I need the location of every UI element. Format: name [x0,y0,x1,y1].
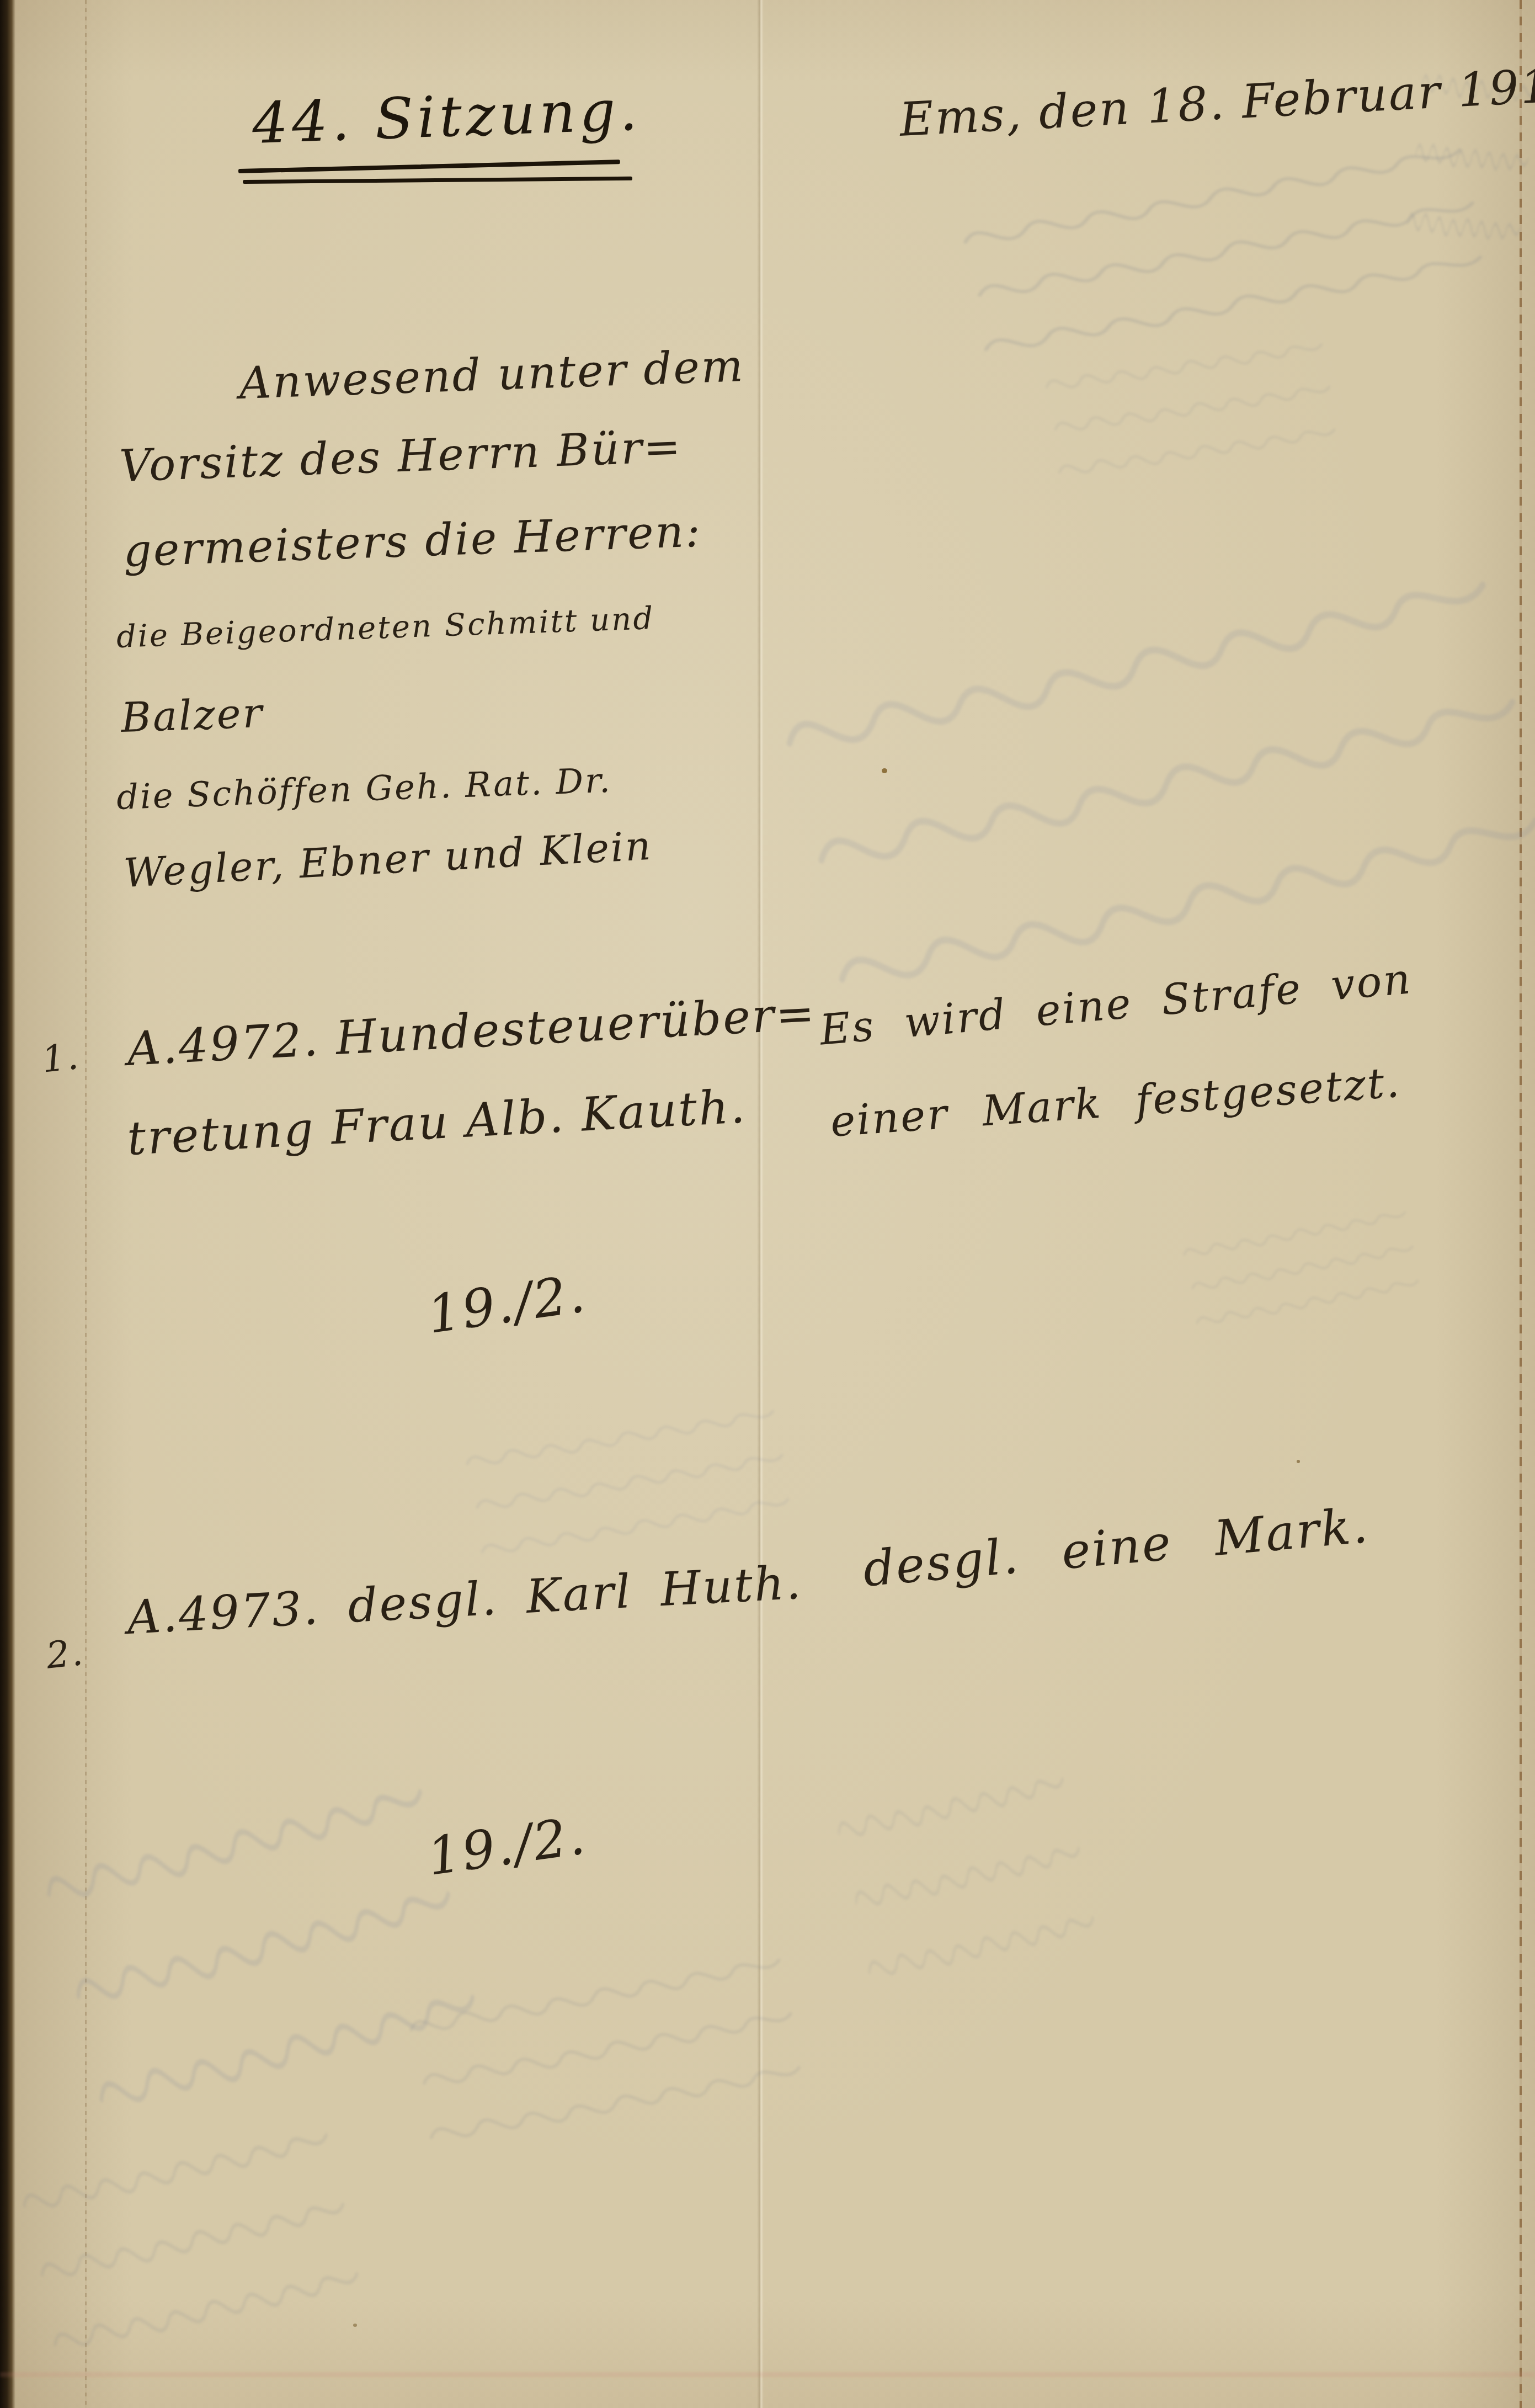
attendance-line: die Beigeordneten Schmitt und [116,600,655,655]
bleed-through-ghost-text [401,1933,813,2180]
bleed-through-ghost-text [459,1389,798,1586]
bleed-through-ghost-text [1178,1195,1426,1349]
bleed-through-ghost-text [953,122,1496,391]
left-fold-crease [85,0,87,2408]
item-resolution-line: einer Mark festgesetzt. [829,1057,1403,1146]
attendance-line: germeisters die Herren: [122,505,702,577]
item-subject-line: A.4973. desgl. Karl Huth. [126,1555,803,1645]
item-number: 2. [44,1631,87,1677]
attendance-line: Vorsitz des Herrn Bür= [119,421,683,492]
bleed-through-ghost-text [1040,323,1344,505]
item-date-note: 19./2. [424,1264,590,1346]
title-underline [243,177,632,184]
paper-speck [882,768,887,773]
item-resolution-line: desgl. eine Mark. [861,1497,1371,1598]
item-date-note: 19./2. [424,1806,590,1888]
item-subject-line: tretung Frau Alb. Kauth. [126,1079,748,1166]
session-title: 44. Sitzung. [251,77,642,157]
paper-speck [353,2324,357,2327]
center-fold-crease [757,0,764,2408]
binding-edge [0,0,15,2408]
dateline: Ems, den 18. Februar 1913. [898,56,1535,147]
bleed-through-ghost-text [29,1740,500,2178]
bleed-through-ghost-text [828,1744,1109,2026]
bottom-pink-streak [0,2372,1535,2377]
item-subject-line: A.4972. Hundesteuerüber= [126,986,818,1076]
attendance-line: Wegler, Ebner und Klein [122,822,653,896]
title-underline [238,160,620,173]
attendance-line: die Schöffen Geh. Rat. Dr. [116,760,612,817]
item-resolution-line: Es wird eine Strafe von [818,954,1414,1054]
document-page: 44. Sitzung. Ems, den 18. Februar 1913. … [0,0,1535,2408]
attendance-line: Anwesend unter dem [238,340,745,409]
attendance-line: Balzer [120,689,264,742]
right-stitched-edge [1520,0,1522,2408]
bleed-through-ghost-text [12,2099,375,2398]
paper-speck [1297,1460,1300,1463]
item-number: 1. [40,1035,82,1081]
